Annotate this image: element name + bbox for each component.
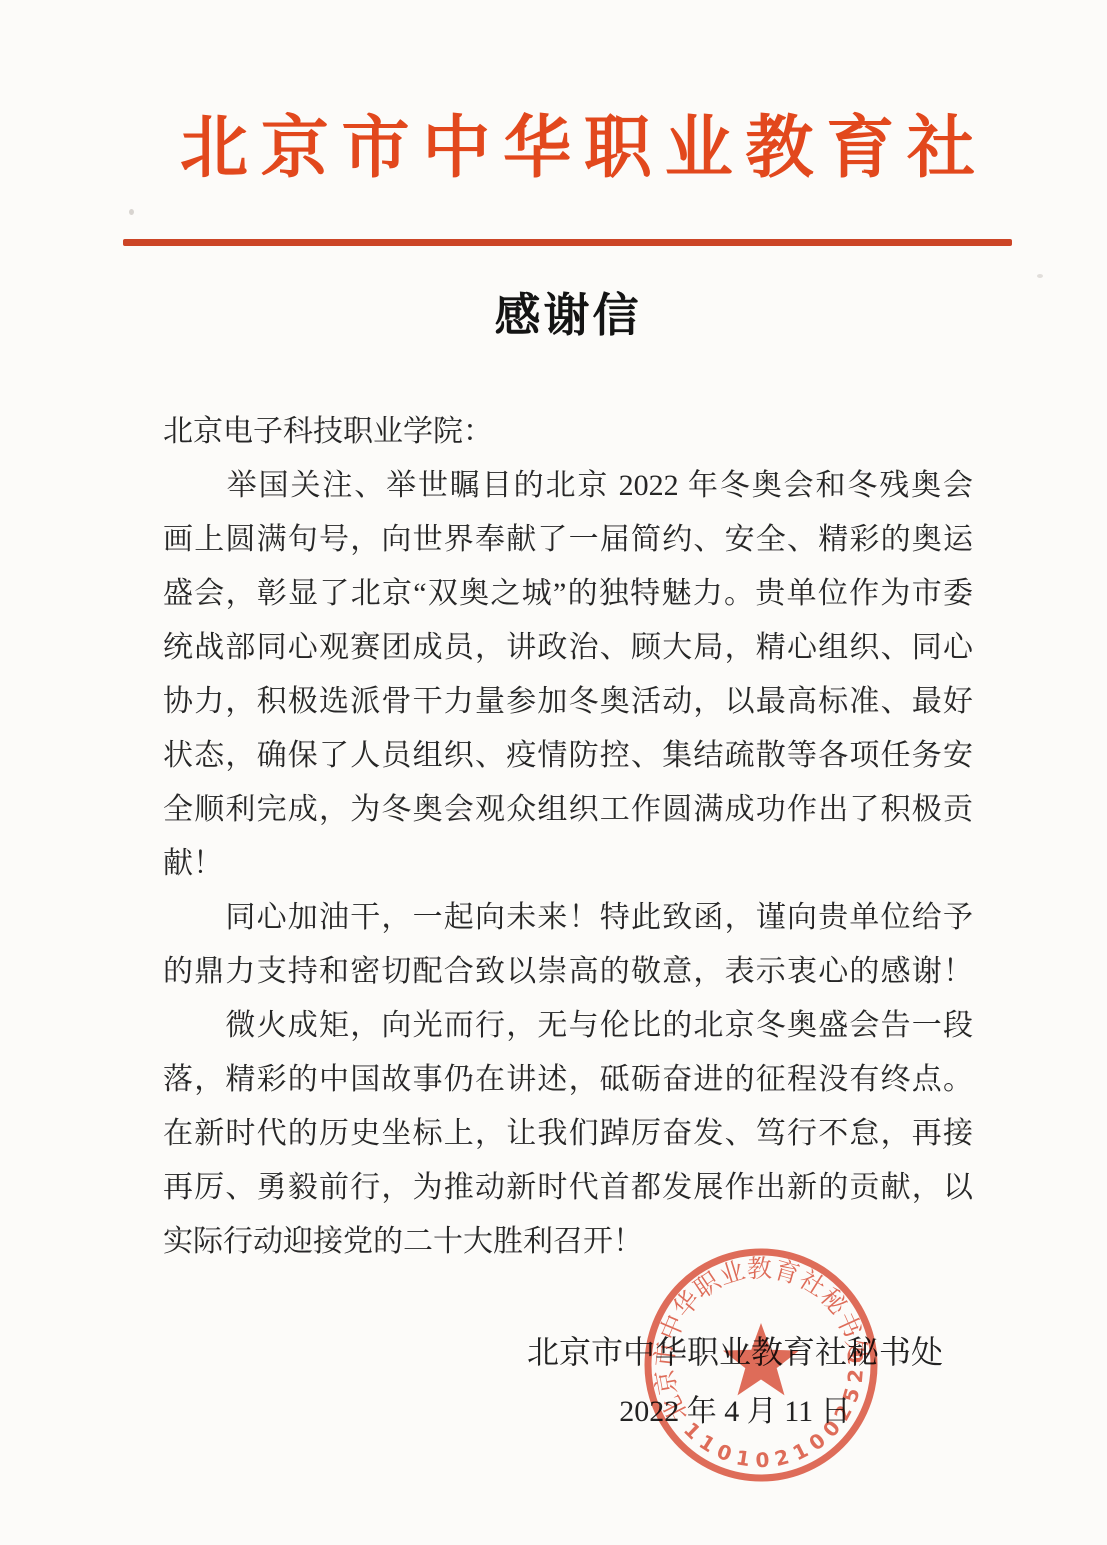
- body-line: 的鼎力支持和密切配合致以崇高的敬意，表示衷心的感谢！: [163, 945, 973, 999]
- body-line: 同心加油干，一起向未来！特此致函，谨向贵单位给予: [163, 891, 973, 945]
- letterhead-org-title: 北京市中华职业教育社: [180, 108, 975, 188]
- body-line: 状态，确保了人员组织、疫情防控、集结疏散等各项任务安: [163, 729, 973, 783]
- body-line: 盛会，彰显了北京“双奥之城”的独特魅力。贵单位作为市委: [163, 567, 973, 621]
- seal-graphic: 北京市中华职业教育社秘书处 11010210025268: [641, 1245, 881, 1485]
- official-seal-stamp: 北京市中华职业教育社秘书处 11010210025268: [641, 1245, 881, 1485]
- body-line: 画上圆满句号，向世界奉献了一届简约、安全、精彩的奥运: [163, 513, 973, 567]
- body-line: 落，精彩的中国故事仍在讲述，砥砺奋进的征程没有终点。: [163, 1053, 973, 1107]
- body-line: 在新时代的历史坐标上，让我们踔厉奋发、笃行不怠，再接: [163, 1107, 973, 1161]
- body-line: 统战部同心观赛团成员，讲政治、顾大局，精心组织、同心: [163, 621, 973, 675]
- letterhead-rule: [123, 239, 1012, 246]
- scan-speck: [129, 209, 134, 215]
- doc-title: 感谢信: [163, 284, 973, 348]
- body-line: 协力，积极选派骨干力量参加冬奥活动，以最高标准、最好: [163, 675, 973, 729]
- letter-page: 北京市中华职业教育社 感谢信 北京电子科技职业学院： 举国关注、举世瞩目的北京 …: [0, 0, 1107, 1545]
- body-line: 全顺利完成，为冬奥会观众组织工作圆满成功作出了积极贡: [163, 783, 973, 837]
- body-line: 举国关注、举世瞩目的北京 2022 年冬奥会和冬残奥会: [163, 459, 973, 513]
- scan-speck: [1037, 274, 1043, 278]
- recipient-line: 北京电子科技职业学院：: [163, 405, 973, 459]
- body-line: 再厉、勇毅前行，为推动新时代首都发展作出新的贡献，以: [163, 1161, 973, 1215]
- star-icon: [723, 1323, 799, 1395]
- body-line: 献！: [163, 837, 973, 891]
- letter-body: 北京电子科技职业学院： 举国关注、举世瞩目的北京 2022 年冬奥会和冬残奥会 …: [163, 405, 973, 1269]
- body-line: 微火成矩，向光而行，无与伦比的北京冬奥盛会告一段: [163, 999, 973, 1053]
